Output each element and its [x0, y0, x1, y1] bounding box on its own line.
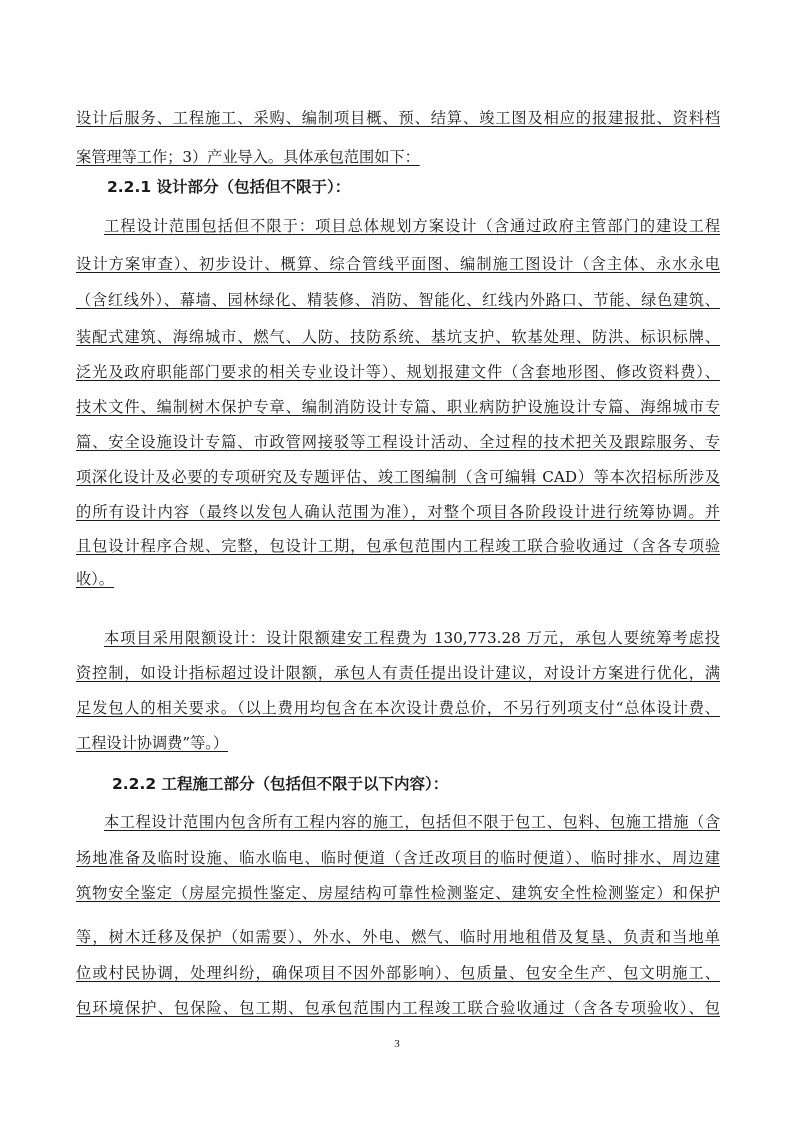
- text-line: 泛光及政府职能部门要求的相关专业设计等）、规划报建文件（含套地形图、修改资料费）…: [76, 361, 720, 383]
- text-line: 工程设计协调费”等。）: [76, 732, 720, 754]
- text-line: 案管理等工作；3）产业导入。具体承包范围如下：: [76, 146, 720, 168]
- page-number: 3: [390, 1038, 404, 1050]
- text-line: 设计方案审查）、初步设计、概算、综合管线平面图、编制施工图设计（含主体、永水永电: [76, 253, 720, 275]
- text-line: 收）。: [76, 568, 720, 590]
- text-line: 足发包人的相关要求。（以上费用均包含在本次设计费总价，不另行列项支付“总体设计费…: [76, 697, 720, 719]
- section-heading-2-2-1: 2.2.1 设计部分（包括但不限于）：: [107, 176, 350, 198]
- text-line: 技术文件、编制树木保护专章、编制消防设计专篇、职业病防护设施设计专篇、海绵城市专: [76, 396, 720, 418]
- section-heading-2-2-2: 2.2.2 工程施工部分（包括但不限于以下内容）：: [112, 773, 448, 795]
- text-line: （含红线外）、幕墙、园林绿化、精装修、消防、智能化、红线内外路口、节能、绿色建筑…: [76, 289, 720, 311]
- text-line: 本工程设计范围内包含所有工程内容的施工，包括但不限于包工、包料、包施工措施（含: [104, 811, 720, 833]
- text-line: 设计后服务、工程施工、采购、编制项目概、预、结算、竣工图及相应的报建报批、资料档: [76, 107, 720, 129]
- text-line: 项深化设计及必要的专项研究及专题评估、竣工图编制（含可编辑 CAD）等本次招标所…: [76, 466, 720, 488]
- text-line: 的所有设计内容（最终以发包人确认范围为准），对整个项目各阶段设计进行统筹协调。并: [76, 501, 720, 523]
- text-line: 场地准备及临时设施、临水临电、临时便道（含迁改项目的临时便道）、临时排水、周边建: [76, 847, 720, 869]
- text-line: 筑物安全鉴定（房屋完损性鉴定、房屋结构可靠性检测鉴定、建筑安全性检测鉴定）和保护: [76, 882, 720, 904]
- text-line: 包环境保护、包保险、包工期、包承包范围内工程竣工联合验收通过（含各专项验收）、包: [76, 997, 720, 1019]
- text-line: 本项目采用限额设计：设计限额建安工程费为 130,773.28 万元，承包人要统…: [104, 627, 720, 649]
- text-line: 资控制，如设计指标超过设计限额，承包人有责任提出设计建议，对设计方案进行优化，满: [76, 662, 720, 684]
- text-line: 篇、安全设施设计专篇、市政管网接驳等工程设计活动、全过程的技术把关及跟踪服务、专: [76, 431, 720, 453]
- document-page: 设计后服务、工程施工、采购、编制项目概、预、结算、竣工图及相应的报建报批、资料档…: [0, 0, 794, 1123]
- text-line: 位或村民协调，处理纠纷，确保项目不因外部影响）、包质量、包安全生产、包文明施工、: [76, 962, 720, 984]
- text-line: 工程设计范围包括但不限于：项目总体规划方案设计（含通过政府主管部门的建设工程: [104, 215, 720, 237]
- text-line: 等，树木迁移及保护（如需要）、外水、外电、燃气、临时用地租借及复垦、负责和当地单: [76, 926, 720, 948]
- text-line: 且包设计程序合规、完整，包设计工期，包承包范围内工程竣工联合验收通过（含各专项验: [76, 535, 720, 557]
- text-line: 装配式建筑、海绵城市、燃气、人防、技防系统、基坑支护、软基处理、防洪、标识标牌、: [76, 326, 720, 348]
